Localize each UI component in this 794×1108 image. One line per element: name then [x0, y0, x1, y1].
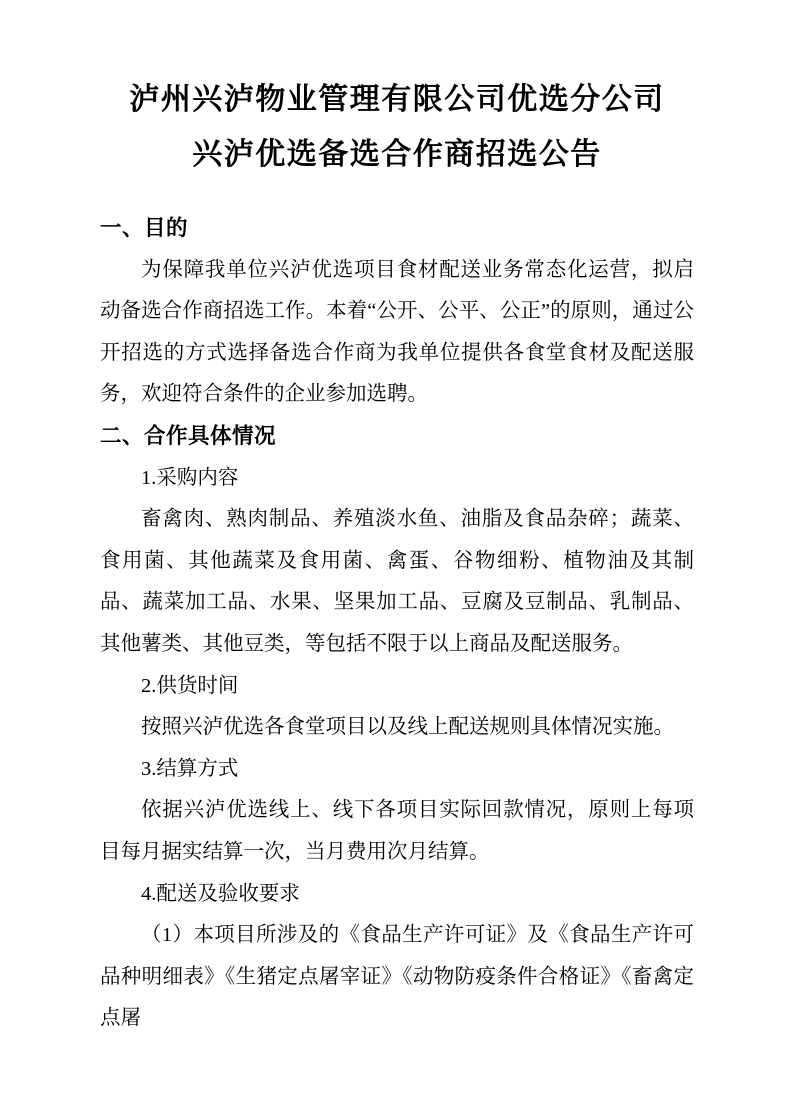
- paragraph-supply-time: 按照兴泸优选各食堂项目以及线上配送规则具体情况实施。: [100, 707, 694, 749]
- paragraph-procurement-content: 畜禽肉、熟肉制品、养殖淡水鱼、油脂及食品杂碎；蔬菜、食用菌、其他蔬菜及食用菌、禽…: [100, 499, 694, 665]
- subitem-settlement-method: 3.结算方式: [100, 749, 694, 791]
- document-page: 泸州兴泸物业管理有限公司优选分公司 兴泸优选备选合作商招选公告 一、目的 为保障…: [0, 0, 794, 1108]
- subitem-delivery-acceptance: 4.配送及验收要求: [100, 874, 694, 916]
- document-title-line-1: 泸州兴泸物业管理有限公司优选分公司: [100, 72, 694, 127]
- paragraph-settlement-method: 依据兴泸优选线上、线下各项目实际回款情况，原则上每项目每月据实结算一次，当月费用…: [100, 790, 694, 873]
- section-heading-purpose: 一、目的: [100, 208, 694, 250]
- document-title-line-2: 兴泸优选备选合作商招选公告: [100, 127, 694, 182]
- paragraph-delivery-acceptance: （1）本项目所涉及的《食品生产许可证》及《食品生产许可品种明细表》《生猪定点屠宰…: [100, 915, 694, 1040]
- document-title: 泸州兴泸物业管理有限公司优选分公司 兴泸优选备选合作商招选公告: [100, 72, 694, 182]
- subitem-procurement-content: 1.采购内容: [100, 458, 694, 500]
- paragraph-purpose: 为保障我单位兴泸优选项目食材配送业务常态化运营，拟启动备选合作商招选工作。本着“…: [100, 250, 694, 416]
- section-heading-cooperation: 二、合作具体情况: [100, 416, 694, 458]
- subitem-supply-time: 2.供货时间: [100, 666, 694, 708]
- document-body: 一、目的 为保障我单位兴泸优选项目食材配送业务常态化运营，拟启动备选合作商招选工…: [100, 208, 694, 1040]
